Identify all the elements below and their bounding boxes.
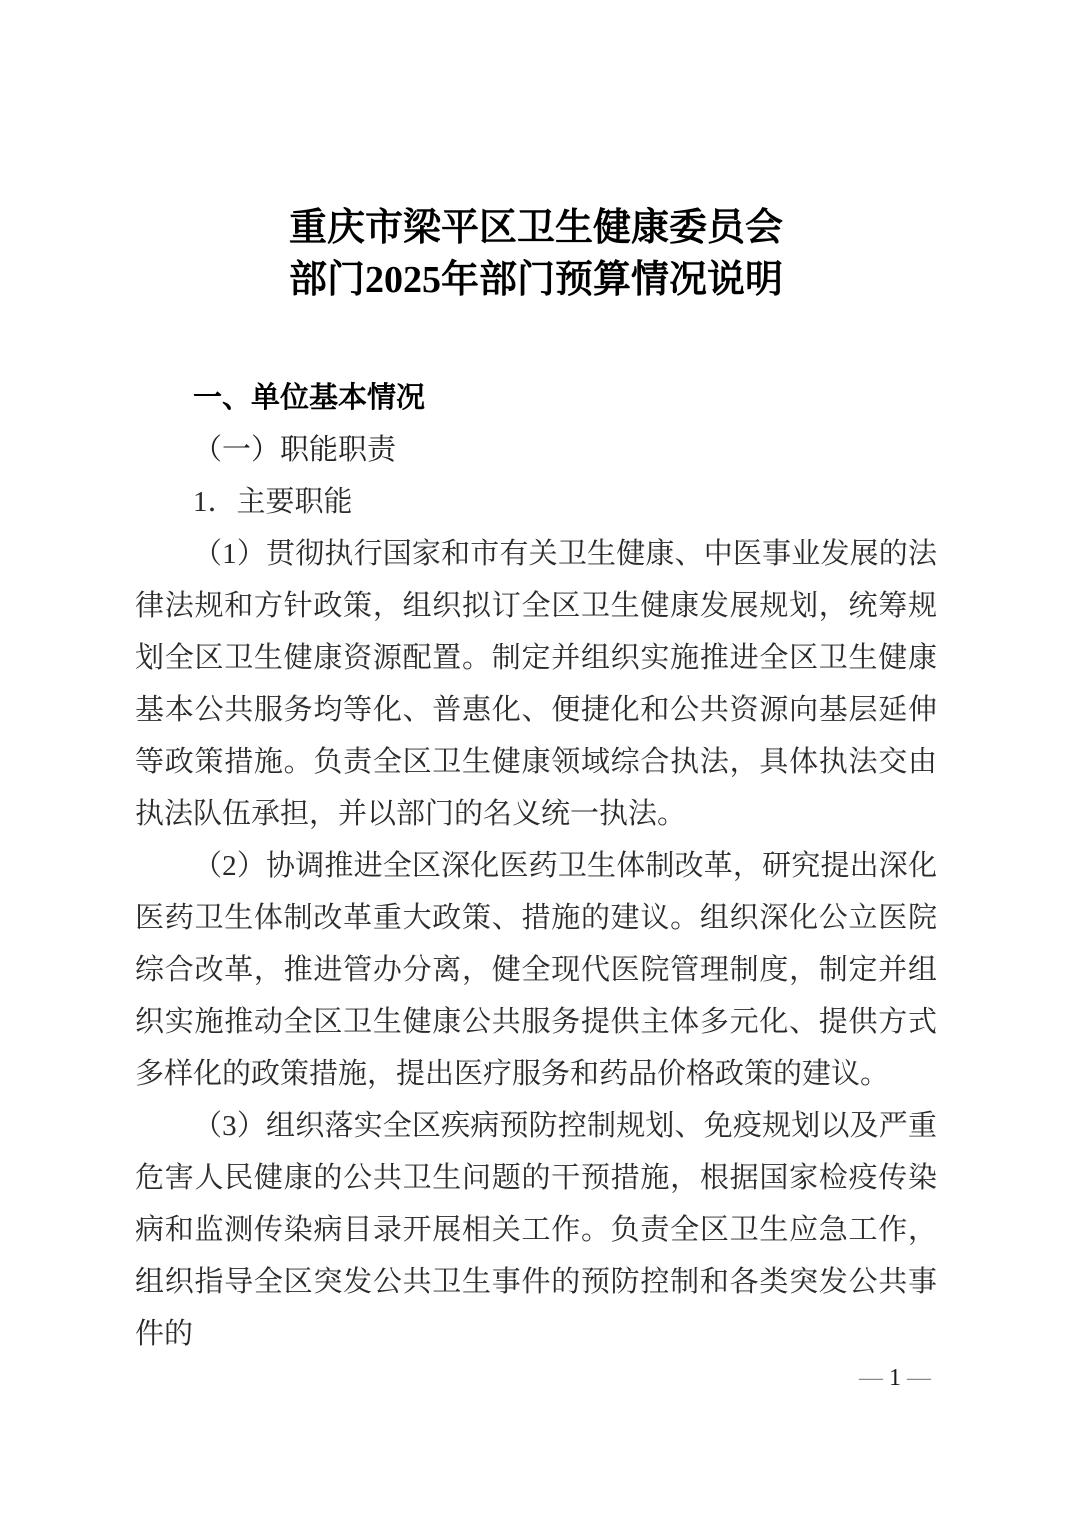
section-heading-level-1: 一、单位基本情况 bbox=[135, 372, 937, 424]
title-line-1: 重庆市梁平区卫生健康委员会 bbox=[135, 202, 937, 254]
footer-dash-left: — bbox=[853, 1365, 889, 1391]
page-footer: —1— bbox=[853, 1364, 937, 1392]
page-number: 1 bbox=[889, 1365, 901, 1391]
section-heading-level-3: 1．主要职能 bbox=[135, 476, 937, 528]
title-line-2: 部门2025年部门预算情况说明 bbox=[135, 254, 937, 306]
document-content: 重庆市梁平区卫生健康委员会 部门2025年部门预算情况说明 一、单位基本情况 （… bbox=[135, 202, 937, 1360]
document-page: 重庆市梁平区卫生健康委员会 部门2025年部门预算情况说明 一、单位基本情况 （… bbox=[0, 0, 1074, 1520]
paragraph-2: （2）协调推进全区深化医药卫生体制改革，研究提出深化医药卫生体制改革重大政策、措… bbox=[135, 840, 937, 1100]
section-heading-level-2: （一）职能职责 bbox=[135, 424, 937, 476]
paragraph-1: （1）贯彻执行国家和市有关卫生健康、中医事业发展的法律法规和方针政策，组织拟订全… bbox=[135, 528, 937, 840]
paragraph-3: （3）组织落实全区疾病预防控制规划、免疫规划以及严重危害人民健康的公共卫生问题的… bbox=[135, 1100, 937, 1360]
document-title: 重庆市梁平区卫生健康委员会 部门2025年部门预算情况说明 bbox=[135, 202, 937, 306]
footer-dash-right: — bbox=[901, 1365, 937, 1391]
